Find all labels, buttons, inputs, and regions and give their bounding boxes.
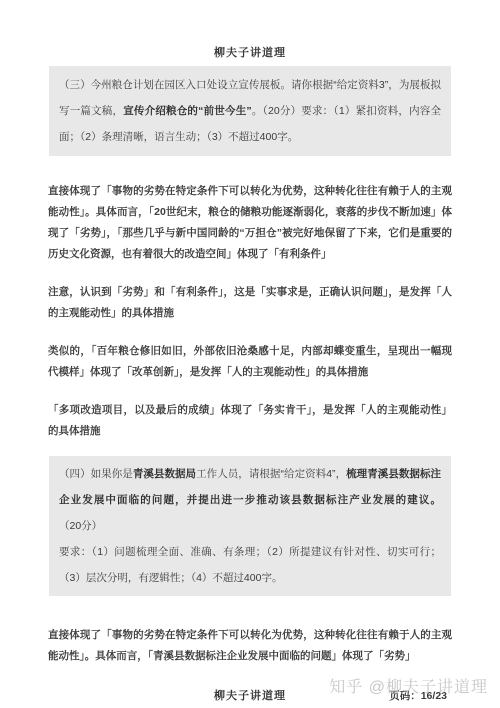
- question-3-text: （三）今州粮仓计划在园区入口处设立宣传展板。请你根据“给定资料3”，为展板拟写一…: [59, 72, 441, 150]
- question-text-bold-segment: 宣传介绍粮仓的“前世今生”: [123, 105, 251, 117]
- question-4-requirements: 要求：（1）问题梳理全面、准确、有条理；（2）所提建议有针对性、切实可行；（3）…: [59, 539, 441, 591]
- question-text-segment: （20分）: [59, 520, 102, 532]
- analysis-paragraph: 「多项改造项目，以及最后的成绩」体现了「务实肯干」，是发挥「人的主观能动性」的具…: [48, 400, 452, 442]
- analysis-paragraph: 直接体现了「事物的劣势在特定条件下可以转化为优势，这种转化往往有赖于人的主观能动…: [48, 181, 452, 265]
- analysis-paragraph: 直接体现了「事物的劣势在特定条件下可以转化为优势，这种转化往往有赖于人的主观能动…: [48, 625, 452, 667]
- question-text-segment: 工作人员，请根据“给定资料4”，: [196, 468, 346, 480]
- zhihu-watermark: 知乎 @柳夫子讲道理: [329, 674, 488, 697]
- page-header-title: 柳夫子讲道理: [0, 0, 500, 60]
- analysis-section-question-4: 直接体现了「事物的劣势在特定条件下可以转化为优势，这种转化往往有赖于人的主观能动…: [48, 625, 452, 667]
- question-3-highlight-block: （三）今州粮仓计划在园区入口处设立宣传展板。请你根据“给定资料3”，为展板拟写一…: [49, 66, 451, 156]
- question-4-highlight-block: （四）如果你是青溪县数据局工作人员，请根据“给定资料4”，梳理青溪县数据标注企业…: [49, 456, 451, 596]
- analysis-paragraph: 类似的，「百年粮仓修旧如旧，外部依旧沧桑感十足，内部却蝶变重生，呈现出一幅现代模…: [48, 341, 452, 383]
- analysis-paragraph: 注意，认识到「劣势」和「有利条件」，这是「实事求是，正确认识问题」，是发挥「人的…: [48, 282, 452, 324]
- question-text-bold-segment: 青溪县数据局: [133, 468, 196, 480]
- question-4-text: （四）如果你是青溪县数据局工作人员，请根据“给定资料4”，梳理青溪县数据标注企业…: [59, 461, 441, 539]
- question-text-segment: （四）如果你是: [59, 468, 133, 480]
- analysis-section-question-3: 直接体现了「事物的劣势在特定条件下可以转化为优势，这种转化往往有赖于人的主观能动…: [48, 181, 452, 442]
